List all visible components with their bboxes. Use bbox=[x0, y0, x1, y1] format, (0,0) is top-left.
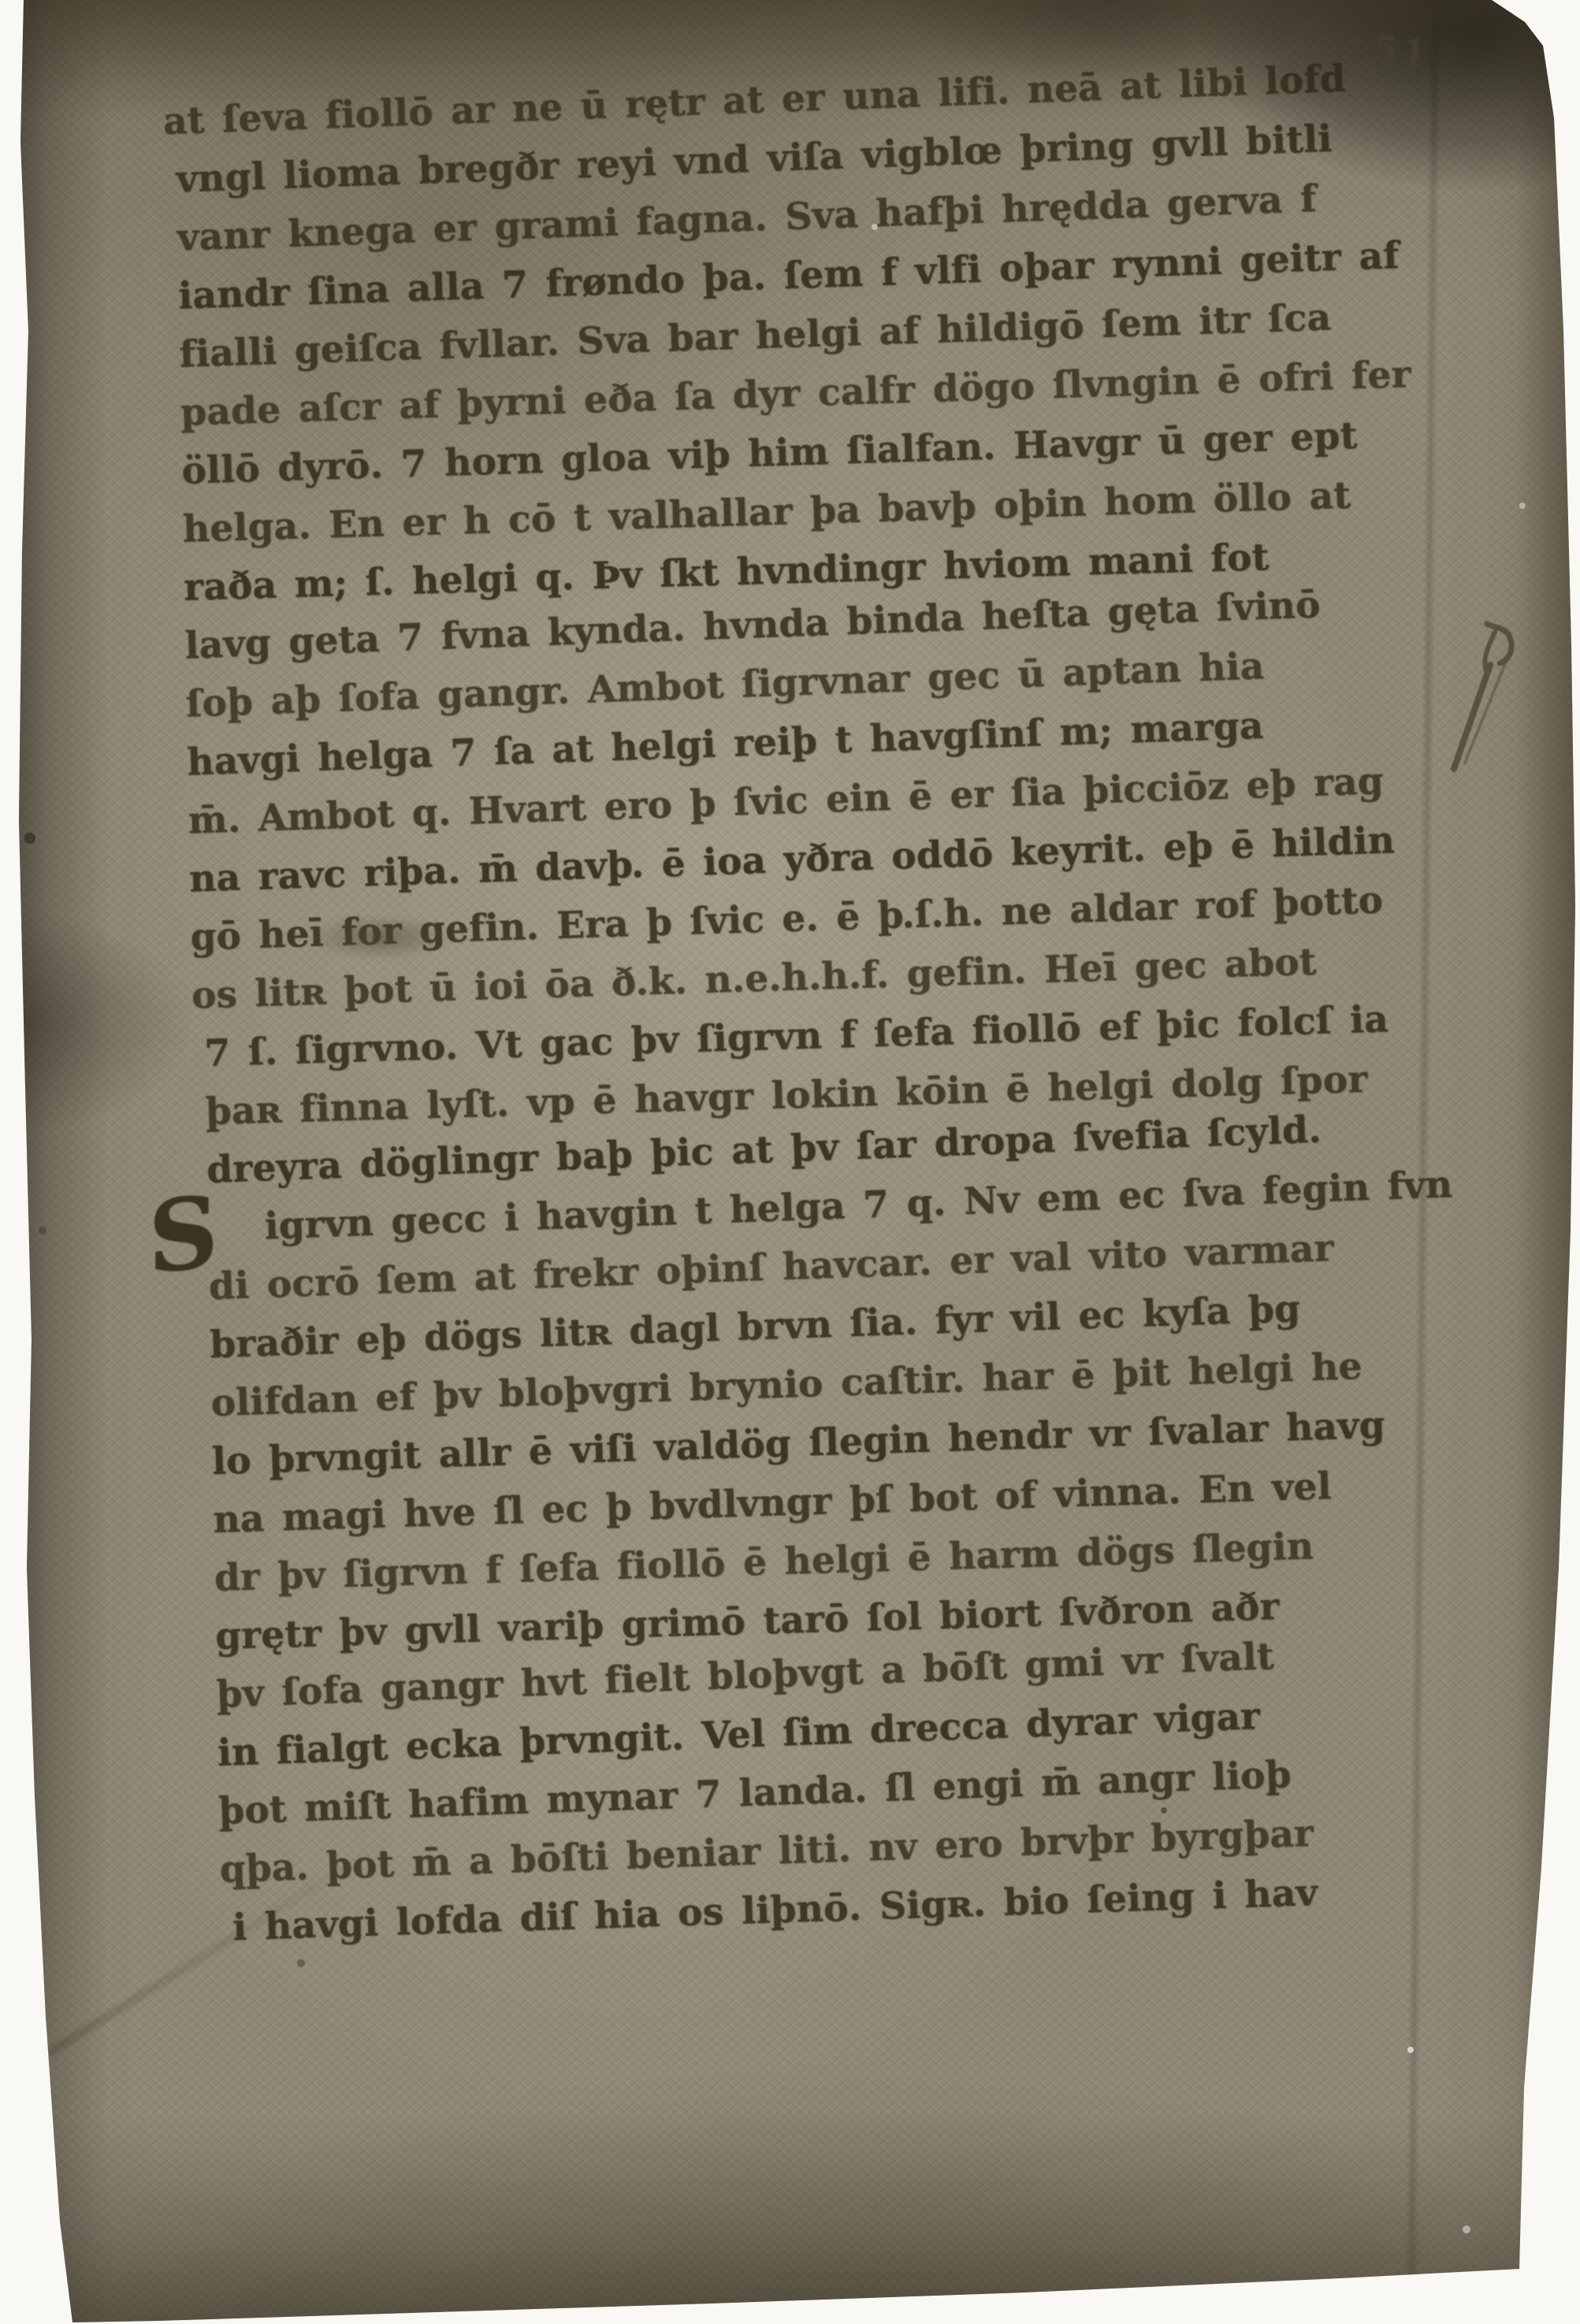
ink-smudge bbox=[309, 915, 451, 960]
parchment-page: S at ſeva fiollō ar ne ū rętr at er una … bbox=[0, 0, 1580, 2324]
margin-scribble-mark bbox=[1438, 614, 1525, 788]
parchment-specks bbox=[0, 0, 3, 3]
text-block: S at ſeva fiollō ar ne ū rętr at er una … bbox=[168, 51, 1532, 1958]
folio-number: 51 bbox=[1370, 27, 1432, 76]
